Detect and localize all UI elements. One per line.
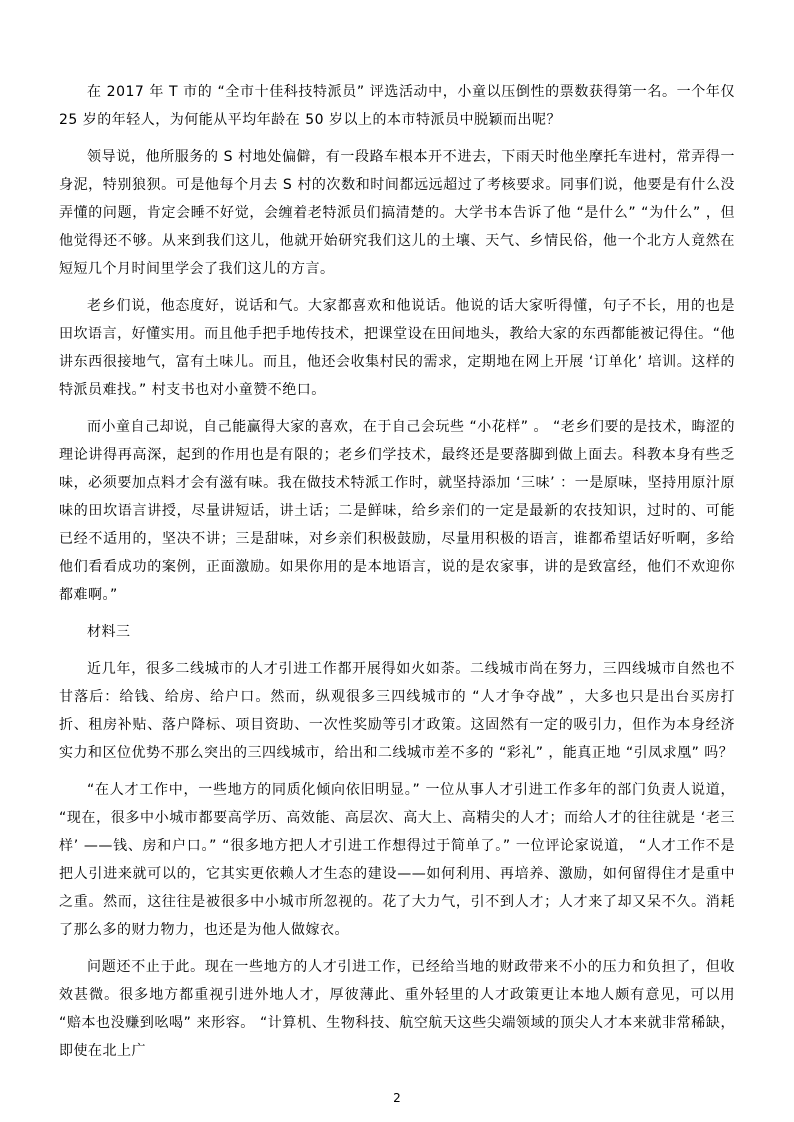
- paragraph-further-problems: 问题还不止于此。现在一些地方的人才引进工作，已经给当地的财政带来不小的压力和负担…: [59, 953, 735, 1065]
- section-heading-material-three: 材料三: [59, 618, 735, 646]
- paragraph-xiaotong-self-comment: 而小童自己却说，自己能赢得大家的喜欢，在于自己会玩些 “小花样” 。 “老乡们要…: [59, 413, 735, 609]
- page-number: 2: [0, 1090, 794, 1106]
- document-page: 在 2017 年 T 市的 “全市十佳科技特派员” 评选活动中，小童以压倒性的票…: [0, 0, 794, 1122]
- paragraph-villagers-comment: 老乡们说，他态度好，说话和气。大家都喜欢和他说话。他说的话大家听得懂，句子不长，…: [59, 292, 735, 404]
- paragraph-intro-award: 在 2017 年 T 市的 “全市十佳科技特派员” 评选活动中，小童以压倒性的票…: [59, 78, 735, 134]
- paragraph-leader-comment: 领导说，他所服务的 S 村地处偏僻，有一段路车根本开不进去，下雨天时他坐摩托车进…: [59, 143, 735, 283]
- paragraph-talent-recruitment-intro: 近几年，很多二线城市的人才引进工作都开展得如火如荼。二线城市尚在努力，三四线城市…: [59, 655, 735, 767]
- document-body: 在 2017 年 T 市的 “全市十佳科技特派员” 评选活动中，小童以压倒性的票…: [59, 78, 735, 1074]
- paragraph-homogenization-quotes: “在人才工作中，一些地方的同质化倾向依旧明显。” 一位从事人才引进工作多年的部门…: [59, 776, 735, 944]
